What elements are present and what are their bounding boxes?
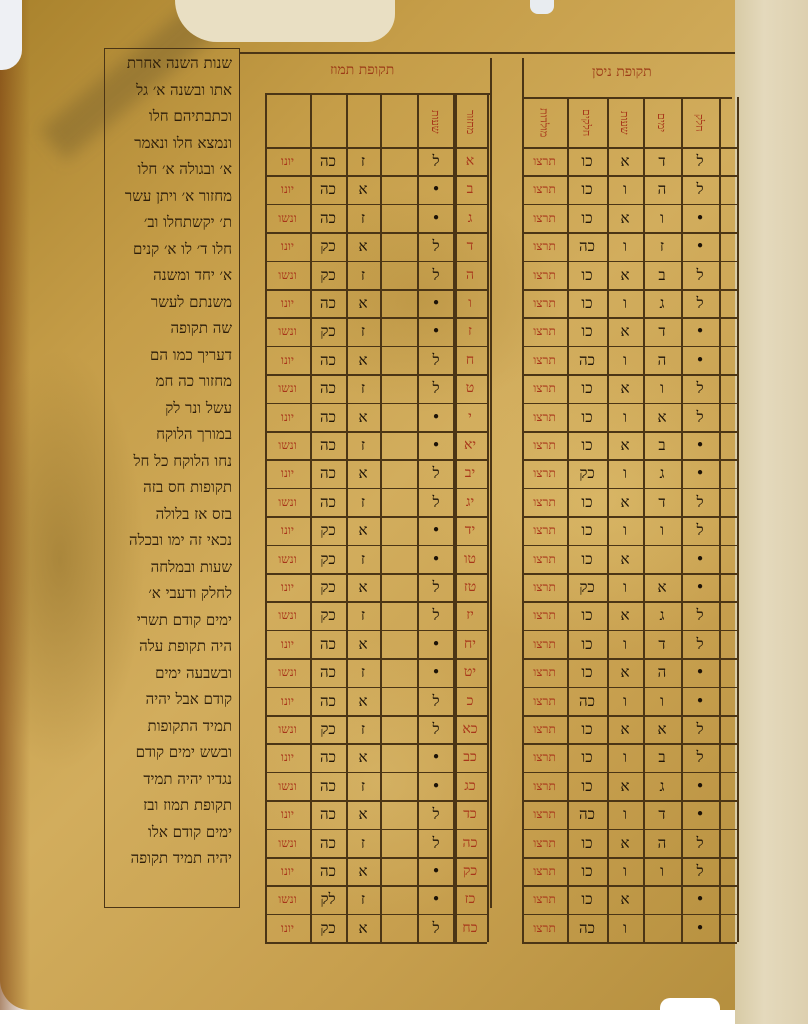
- table-cell-x: [719, 885, 737, 913]
- table-cell-x: [719, 573, 737, 601]
- table-cell-c: ב: [643, 743, 681, 771]
- column-header: שעות: [429, 101, 441, 143]
- text-line: נחו הלוקח כל חל: [108, 448, 236, 475]
- table-cell-name: תרצו: [522, 601, 567, 629]
- table-cell-c: א: [643, 573, 681, 601]
- text-line: בזס אז בלולה: [108, 501, 236, 528]
- right-table-title: תקופת ניסן: [592, 64, 652, 81]
- table-cell-d: •: [417, 857, 455, 885]
- table-cell-name: ונשו: [265, 204, 310, 232]
- table-cell-b: ו: [607, 687, 643, 715]
- table-cell-a: כה: [310, 857, 346, 885]
- table-cell-d: ל: [417, 459, 455, 487]
- table-row: ונשוכהזל: [265, 829, 455, 857]
- table-cell-a: כה: [567, 232, 607, 260]
- text-line: במורך הלוקח: [108, 421, 236, 448]
- table-cell-a: כה: [567, 914, 607, 942]
- table-cell-name: יונו: [265, 743, 310, 771]
- table-row: ונשוכהז•: [265, 431, 455, 459]
- table-cell-a: כה: [310, 289, 346, 317]
- table-cell-b: א: [346, 346, 380, 374]
- text-line: ובשבעה ימים: [108, 660, 236, 687]
- table-cell-c: [380, 147, 417, 175]
- text-line: חלו ד׳ לו א׳ קנים: [108, 236, 236, 263]
- table-cell-c: ג: [643, 601, 681, 629]
- table-cell-c: [380, 545, 417, 573]
- table-cell-b: א: [607, 885, 643, 913]
- text-line: נגדיו יהיה תמיד: [108, 766, 236, 793]
- table-cell-d: •: [681, 459, 719, 487]
- table-cell-b: א: [607, 431, 643, 459]
- table-cell-d: •: [417, 431, 455, 459]
- text-line: ונמצא חלו ונאמר: [108, 130, 236, 157]
- table-cell-x: [719, 857, 737, 885]
- text-line: תקופות חס בזה: [108, 474, 236, 501]
- table-cell-a: כק: [567, 573, 607, 601]
- table-cell-b: ו: [607, 800, 643, 828]
- table-cell-b: א: [607, 772, 643, 800]
- table-cell-c: ו: [643, 204, 681, 232]
- table-cell-name: ונשו: [265, 545, 310, 573]
- table-cell-b: א: [346, 232, 380, 260]
- table-cell-d: ל: [681, 743, 719, 771]
- table-cell-a: כק: [310, 232, 346, 260]
- table-row: תרצוכוא•: [522, 545, 737, 573]
- table-cell-d: ל: [681, 857, 719, 885]
- table-cell-c: [380, 715, 417, 743]
- table-row: יונוכהאל: [265, 346, 455, 374]
- table-cell-a: לק: [310, 885, 346, 913]
- text-line: היה תקופת עלה: [108, 633, 236, 660]
- table-cell-b: א: [346, 175, 380, 203]
- table-cell-a: כו: [567, 261, 607, 289]
- table-cell-c: ג: [643, 289, 681, 317]
- text-line: דעריך כמו הם: [108, 342, 236, 369]
- table-cell-c: [380, 800, 417, 828]
- table-cell-name: יונו: [265, 289, 310, 317]
- table-cell-name: תרצו: [522, 857, 567, 885]
- text-line: לחלק ודעבי א׳: [108, 580, 236, 607]
- table-cell-d: •: [417, 545, 455, 573]
- table-cell-name: יונו: [265, 147, 310, 175]
- table-cell-d: •: [681, 687, 719, 715]
- table-cell-a: כו: [567, 175, 607, 203]
- table-row: יונוכהא•: [265, 857, 455, 885]
- table-cell-b: א: [607, 204, 643, 232]
- table-cell-name: יונו: [265, 459, 310, 487]
- table-cell-c: ב: [643, 261, 681, 289]
- table-cell-x: [719, 630, 737, 658]
- table-cell-c: ב: [643, 431, 681, 459]
- table-cell-b: ז: [346, 829, 380, 857]
- table-cell-b: ו: [607, 403, 643, 431]
- table-row: תרצוכהוז•: [522, 232, 737, 260]
- table-row: יונוכהא•: [265, 289, 455, 317]
- table-cell-a: כה: [310, 147, 346, 175]
- table-row: תרצוכהו•: [522, 914, 737, 942]
- table-cell-name: ונשו: [265, 829, 310, 857]
- table-cell-d: ל: [681, 601, 719, 629]
- table-cell-name: תרצו: [522, 147, 567, 175]
- table-cell-c: ה: [643, 346, 681, 374]
- table-cell-name: תרצו: [522, 914, 567, 942]
- table-cell-c: ד: [643, 147, 681, 175]
- table-cell-x: [719, 147, 737, 175]
- table-cell-c: [380, 317, 417, 345]
- table-row: יונוכהא•: [265, 175, 455, 203]
- row-number: כז: [453, 885, 487, 913]
- table-cell-d: ל: [417, 374, 455, 402]
- table-cell-name: תרצו: [522, 459, 567, 487]
- row-number: כה: [453, 829, 487, 857]
- table-cell-d: •: [681, 658, 719, 686]
- text-line: נכאי זה ימו ובכלה: [108, 527, 236, 554]
- text-column: שנות השנה אחרתאתו ובשנה א׳ גלוכתבתיהם חל…: [108, 50, 236, 905]
- table-cell-b: ו: [607, 516, 643, 544]
- text-line: תמיד התקופות: [108, 713, 236, 740]
- table-cell-d: ל: [417, 346, 455, 374]
- row-number: טו: [453, 545, 487, 573]
- row-number: ו: [453, 289, 487, 317]
- table-row: יונוכקאל: [265, 914, 455, 942]
- table-cell-d: •: [417, 175, 455, 203]
- table-row: ונשוכקזל: [265, 715, 455, 743]
- table-row: ונשוכהז•: [265, 204, 455, 232]
- table-cell-c: ג: [643, 459, 681, 487]
- table-cell-x: [719, 459, 737, 487]
- table-cell-name: תרצו: [522, 829, 567, 857]
- table-cell-name: תרצו: [522, 261, 567, 289]
- table-cell-a: כו: [567, 289, 607, 317]
- table-cell-a: כו: [567, 204, 607, 232]
- row-number: ב: [453, 175, 487, 203]
- table-row: ונשוכהז•: [265, 658, 455, 686]
- row-rule: [453, 942, 487, 944]
- table-cell-b: א: [607, 829, 643, 857]
- row-number: כא: [453, 715, 487, 743]
- table-cell-name: יונו: [265, 800, 310, 828]
- table-cell-d: ל: [417, 829, 455, 857]
- table-row: תרצוכואהל: [522, 829, 737, 857]
- table-cell-x: [719, 431, 737, 459]
- table-cell-a: כו: [567, 317, 607, 345]
- table-cell-b: ו: [607, 573, 643, 601]
- table-cell-c: ה: [643, 175, 681, 203]
- table-row: תרצוכואבל: [522, 261, 737, 289]
- table-cell-name: תרצו: [522, 658, 567, 686]
- torn-edge: [0, 0, 22, 70]
- table-cell-name: יונו: [265, 403, 310, 431]
- table-cell-c: ד: [643, 488, 681, 516]
- row-number: ט: [453, 374, 487, 402]
- text-line: אתו ובשנה א׳ גל: [108, 77, 236, 104]
- table-cell-c: ד: [643, 317, 681, 345]
- table-cell-a: כק: [310, 715, 346, 743]
- table-row: יונוכהאל: [265, 459, 455, 487]
- table-cell-b: א: [607, 658, 643, 686]
- text-line: שעות ובמלחה: [108, 554, 236, 581]
- table-cell-name: תרצו: [522, 289, 567, 317]
- table-cell-a: כה: [310, 431, 346, 459]
- table-cell-d: ל: [681, 715, 719, 743]
- table-cell-x: [719, 488, 737, 516]
- table-cell-a: כק: [310, 516, 346, 544]
- table-cell-c: [380, 829, 417, 857]
- table-cell-x: [719, 403, 737, 431]
- column-header: מולדות: [538, 103, 550, 143]
- bottom-tear: [660, 998, 720, 1024]
- row-number: כב: [453, 743, 487, 771]
- table-cell-d: •: [681, 317, 719, 345]
- table-cell-a: כה: [310, 459, 346, 487]
- table-cell-name: תרצו: [522, 573, 567, 601]
- column-header: מחזור: [464, 101, 476, 143]
- table-row: יונוכהא•: [265, 743, 455, 771]
- table-cell-d: ל: [417, 488, 455, 516]
- table-cell-a: כו: [567, 516, 607, 544]
- table-cell-b: א: [346, 857, 380, 885]
- table-row: תרצוכוואל: [522, 403, 737, 431]
- table-cell-b: ו: [607, 914, 643, 942]
- table-cell-d: ל: [417, 261, 455, 289]
- table-cell-x: [719, 772, 737, 800]
- table-cell-a: כו: [567, 715, 607, 743]
- table-cell-name: תרצו: [522, 743, 567, 771]
- table-cell-b: א: [346, 687, 380, 715]
- table-cell-a: כה: [310, 800, 346, 828]
- table-cell-b: א: [346, 516, 380, 544]
- text-line: מחזור א׳ ויתן עשר: [108, 183, 236, 210]
- table-cell-x: [719, 715, 737, 743]
- row-number: ג: [453, 204, 487, 232]
- table-cell-c: [380, 658, 417, 686]
- table-cell-a: כה: [567, 346, 607, 374]
- table-cell-d: •: [417, 403, 455, 431]
- table-cell-d: ל: [681, 516, 719, 544]
- table-cell-name: ונשו: [265, 488, 310, 516]
- table-cell-name: יונו: [265, 175, 310, 203]
- table-cell-a: כה: [310, 346, 346, 374]
- table-cell-b: ו: [607, 289, 643, 317]
- table-cell-name: תרצו: [522, 488, 567, 516]
- table-cell-x: [719, 601, 737, 629]
- table-cell-b: ז: [346, 261, 380, 289]
- table-cell-d: •: [681, 232, 719, 260]
- row-number: יח: [453, 630, 487, 658]
- text-line: ימים קודם תשרי: [108, 607, 236, 634]
- table-cell-name: יונו: [265, 516, 310, 544]
- table-row: ונשוכהזל: [265, 488, 455, 516]
- table-cell-a: כה: [310, 772, 346, 800]
- table-row: יונוכקא•: [265, 516, 455, 544]
- table-row: תרצוכהוו•: [522, 687, 737, 715]
- table-cell-name: ונשו: [265, 317, 310, 345]
- table-cell-x: [719, 658, 737, 686]
- column-header: חלקים: [580, 103, 592, 143]
- table-row: תרצוכואגל: [522, 601, 737, 629]
- table-cell-x: [719, 914, 737, 942]
- text-line: וכתבתיהם חלו: [108, 103, 236, 130]
- table-cell-name: תרצו: [522, 772, 567, 800]
- table-cell-b: ו: [607, 857, 643, 885]
- table-cell-c: [380, 630, 417, 658]
- table-cell-b: א: [346, 403, 380, 431]
- table-cell-x: [719, 829, 737, 857]
- table-cell-c: א: [643, 715, 681, 743]
- table-cell-name: תרצו: [522, 204, 567, 232]
- table-cell-d: ל: [417, 147, 455, 175]
- table-row: תרצוכווול: [522, 857, 737, 885]
- paper-backing-strip: [735, 0, 808, 1024]
- table-row: תרצוכוודל: [522, 630, 737, 658]
- table-cell-a: כק: [310, 601, 346, 629]
- table-row: תרצוכואד•: [522, 317, 737, 345]
- table-cell-c: [380, 743, 417, 771]
- table-cell-a: כק: [310, 317, 346, 345]
- table-cell-d: ל: [417, 687, 455, 715]
- hole: [530, 0, 554, 14]
- table-cell-d: •: [681, 772, 719, 800]
- table-row: יונוכקאל: [265, 573, 455, 601]
- text-line: ת׳ יקשתחלו וב׳: [108, 209, 236, 236]
- table-cell-c: [380, 687, 417, 715]
- table-cell-c: [380, 516, 417, 544]
- table-row: תרצוכואאל: [522, 715, 737, 743]
- table-cell-name: תרצו: [522, 800, 567, 828]
- table-cell-name: ונשו: [265, 374, 310, 402]
- table-cell-x: [719, 317, 737, 345]
- table-row: תרצוכואג•: [522, 772, 737, 800]
- table-cell-name: ונשו: [265, 772, 310, 800]
- table-cell-d: ל: [681, 403, 719, 431]
- table-cell-a: כו: [567, 147, 607, 175]
- row-number: יז: [453, 601, 487, 629]
- top-rule: [240, 52, 735, 54]
- table-cell-x: [719, 687, 737, 715]
- table-cell-c: ג: [643, 772, 681, 800]
- table-row: ונשוכקז•: [265, 317, 455, 345]
- table-cell-b: א: [607, 488, 643, 516]
- table-cell-name: תרצו: [522, 516, 567, 544]
- table-cell-b: ז: [346, 147, 380, 175]
- row-number: ה: [453, 261, 487, 289]
- table-cell-name: ונשו: [265, 715, 310, 743]
- table-cell-d: •: [681, 545, 719, 573]
- table-cell-d: ל: [681, 175, 719, 203]
- table-cell-a: כק: [310, 914, 346, 942]
- table-cell-a: כו: [567, 545, 607, 573]
- row-number: כג: [453, 772, 487, 800]
- table-cell-a: כה: [310, 175, 346, 203]
- table-cell-x: [719, 204, 737, 232]
- table-cell-a: כו: [567, 658, 607, 686]
- table-row: ונשוכקז•: [265, 545, 455, 573]
- table-cell-name: יונו: [265, 346, 310, 374]
- table-cell-d: •: [681, 800, 719, 828]
- table-cell-b: א: [346, 800, 380, 828]
- table-cell-c: ז: [643, 232, 681, 260]
- table-cell-c: [380, 175, 417, 203]
- table-cell-b: א: [607, 715, 643, 743]
- table-cell-b: ז: [346, 374, 380, 402]
- table-row: תרצוכוא•: [522, 885, 737, 913]
- row-number: כק: [453, 857, 487, 885]
- table-row: תרצוכווגל: [522, 289, 737, 317]
- table-cell-a: כק: [310, 261, 346, 289]
- table-cell-name: תרצו: [522, 374, 567, 402]
- text-line: קודם אבל יהיה: [108, 686, 236, 713]
- table-cell-c: ו: [643, 374, 681, 402]
- column-rule: [487, 95, 489, 942]
- table-cell-a: כה: [310, 658, 346, 686]
- table-cell-c: ו: [643, 857, 681, 885]
- row-number: ד: [453, 232, 487, 260]
- table-cell-a: כה: [310, 687, 346, 715]
- table-cell-name: ונשו: [265, 658, 310, 686]
- table-row: תרצוכהוה•: [522, 346, 737, 374]
- table-cell-a: כו: [567, 772, 607, 800]
- table-cell-x: [719, 743, 737, 771]
- table-row: תרצוכווול: [522, 516, 737, 544]
- table-cell-name: תרצו: [522, 175, 567, 203]
- table-cell-b: א: [607, 374, 643, 402]
- table-cell-d: •: [681, 914, 719, 942]
- table-cell-c: [643, 914, 681, 942]
- table-cell-b: ז: [346, 601, 380, 629]
- table-cell-c: [380, 459, 417, 487]
- table-cell-x: [719, 545, 737, 573]
- table-row: תרצוכואול: [522, 374, 737, 402]
- table-cell-b: ו: [607, 743, 643, 771]
- table-cell-c: [380, 232, 417, 260]
- table-cell-b: ז: [346, 431, 380, 459]
- table-cell-a: כו: [567, 431, 607, 459]
- table-cell-b: ו: [607, 346, 643, 374]
- row-number: טז: [453, 573, 487, 601]
- table-cell-b: ז: [346, 715, 380, 743]
- row-number: כח: [453, 914, 487, 942]
- row-number: כד: [453, 800, 487, 828]
- table-cell-name: יונו: [265, 630, 310, 658]
- table-cell-c: [380, 374, 417, 402]
- table-cell-name: תרצו: [522, 715, 567, 743]
- table-cell-c: ה: [643, 829, 681, 857]
- table-cell-x: [719, 516, 737, 544]
- table-cell-c: [380, 346, 417, 374]
- table-cell-c: [380, 914, 417, 942]
- row-number: י: [453, 403, 487, 431]
- row-number: ז: [453, 317, 487, 345]
- table-cell-b: א: [607, 601, 643, 629]
- table-cell-d: ל: [417, 715, 455, 743]
- table-cell-c: [380, 885, 417, 913]
- table-cell-d: •: [417, 772, 455, 800]
- table-cell-c: [380, 772, 417, 800]
- table-cell-name: תרצו: [522, 885, 567, 913]
- table-cell-c: [643, 885, 681, 913]
- table-cell-d: ל: [681, 261, 719, 289]
- table-cell-name: ונשו: [265, 601, 310, 629]
- table-cell-a: כה: [310, 488, 346, 516]
- column-header: שעות: [618, 103, 630, 143]
- table-cell-d: •: [681, 573, 719, 601]
- table-row: יונוכהאל: [265, 800, 455, 828]
- table-cell-b: א: [346, 630, 380, 658]
- text-line: עשל ונר לק: [108, 395, 236, 422]
- table-cell-name: יונו: [265, 573, 310, 601]
- table-cell-name: תרצו: [522, 317, 567, 345]
- table-cell-b: ז: [346, 885, 380, 913]
